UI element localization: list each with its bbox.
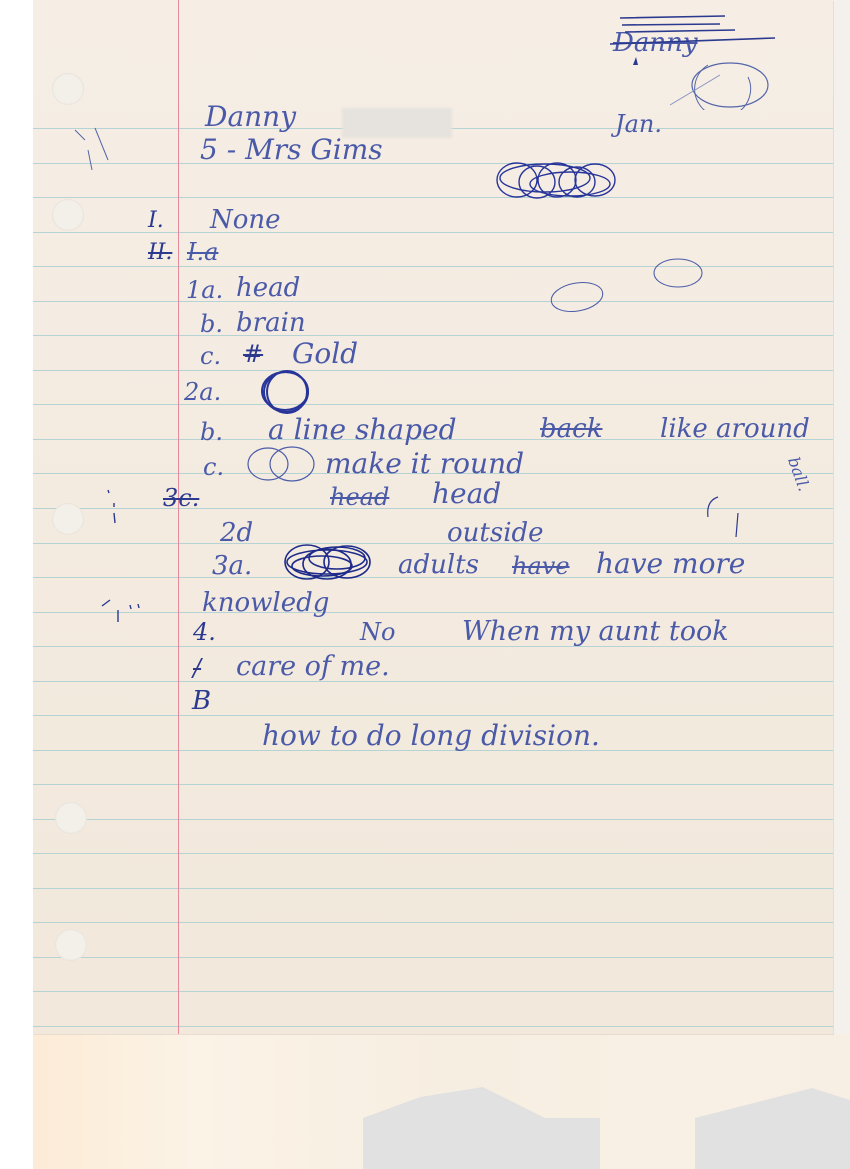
rule-line — [33, 853, 833, 854]
answer-text: how to do long division. — [262, 722, 600, 750]
answer-text: No — [360, 620, 395, 644]
answer-text: brain — [236, 310, 306, 336]
rule-line — [33, 612, 833, 613]
answer-label: c. — [200, 344, 221, 368]
stray-marks — [70, 480, 150, 630]
answer-label-struck: II. — [148, 242, 172, 264]
answer-label: 2d — [220, 520, 253, 546]
rule-line — [33, 197, 833, 198]
answer-text: outside — [447, 520, 544, 546]
struck-word: head — [330, 485, 389, 509]
answer-text: head — [236, 275, 300, 301]
rule-line — [33, 715, 833, 716]
punch-hole — [52, 73, 84, 105]
rule-line — [33, 370, 833, 371]
scribble-crossout — [600, 0, 800, 110]
punch-hole — [55, 802, 87, 834]
stray-marks — [70, 120, 120, 190]
answer-continuation: like around — [660, 416, 810, 442]
struck-word: have — [512, 554, 570, 578]
ink-scribble — [282, 540, 377, 585]
overlapping-circles-drawing — [244, 444, 324, 484]
struck-word: back — [540, 416, 602, 442]
answer-text: head — [432, 480, 501, 508]
circle-drawing — [258, 368, 318, 418]
answer-text: None — [210, 207, 281, 233]
stray-marks — [700, 495, 750, 545]
answer-label: 1a. — [186, 278, 223, 302]
answer-continuation: have more — [596, 550, 745, 578]
loose-ovals — [545, 255, 715, 325]
answer-text-struck: I.a — [187, 240, 218, 264]
answer-text: knowledg — [202, 590, 329, 616]
answer-label: B — [192, 688, 211, 714]
punch-hole — [52, 199, 84, 231]
rule-line — [33, 922, 833, 923]
rule-line — [33, 991, 833, 992]
punch-hole — [55, 929, 87, 961]
rule-line — [33, 163, 833, 164]
rule-line — [33, 335, 833, 336]
rule-line — [33, 888, 833, 889]
answer-label-struck: 3c. — [163, 486, 199, 510]
rule-line — [33, 819, 833, 820]
answer-text: make it round — [325, 450, 524, 478]
answer-label: 2a. — [184, 380, 221, 404]
margin-line — [178, 0, 179, 1034]
answer-label: c. — [203, 455, 224, 479]
answer-text: a line shaped — [268, 416, 457, 444]
answer-text: Gold — [292, 340, 358, 368]
rule-line — [33, 404, 833, 405]
answer-label: b. — [200, 420, 223, 444]
answer-text: adults — [398, 552, 479, 578]
answer-label: b. — [200, 312, 223, 336]
struck-glyph: / — [193, 654, 201, 682]
student-name: Danny — [205, 103, 296, 131]
struck-prefix: # — [243, 342, 263, 366]
answer-text: care of me. — [236, 653, 390, 680]
answer-label: 4. — [193, 620, 216, 644]
struck-mark: / — [193, 656, 201, 680]
answer-continuation: When my aunt took — [462, 618, 729, 645]
answer-label: I. — [148, 210, 164, 232]
rule-line — [33, 784, 833, 785]
grade-teacher: 5 - Mrs Gims — [200, 136, 383, 164]
rule-line — [33, 681, 833, 682]
rule-line — [33, 1026, 833, 1027]
ink-scribble — [495, 158, 625, 208]
date-text: Jan. — [615, 112, 662, 136]
rule-line — [33, 957, 833, 958]
scan-edge — [833, 0, 850, 1034]
answer-label: 3a. — [212, 553, 252, 579]
